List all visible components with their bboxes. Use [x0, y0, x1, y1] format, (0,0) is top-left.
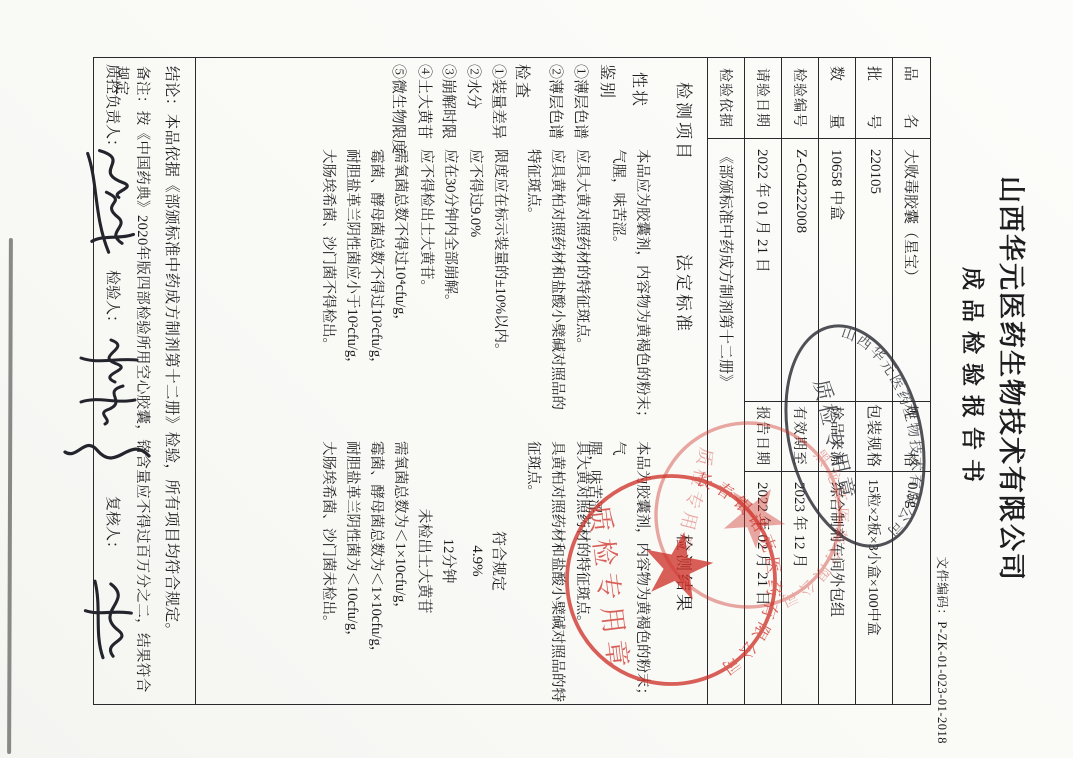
scanned-report-canvas: 山西华元医药生物技术有限公司 成品检验报告书 文件编码：P-ZK-01-023-… [0, 0, 1073, 758]
field-value-basis: 《部颁标准中药成方制剂第十二册》 [708, 138, 745, 715]
conclusion-divider [195, 58, 196, 704]
test-item-weight-variation: ①装量差异 [489, 64, 510, 139]
test-standard-tlc-2: 应具黄柏对照药材和盐酸小檗碱对照品的 特征斑点。 [521, 149, 569, 439]
column-header-standard: 法定标准 [673, 149, 698, 439]
signature-inspector [75, 330, 143, 430]
test-result-rhaponticin: 未检出土大黄苷 [415, 441, 436, 681]
test-standard-tlc-1: 应具大黄对照药材的特征斑点。 [570, 149, 594, 439]
signature-qc-manager [75, 140, 145, 265]
field-label-request-date: 请验日期 [745, 58, 782, 138]
conclusion-text: 结论：本品依据《部颁标准中药成方制剂第十二册》检验，所有项目均符合规定。 [162, 66, 184, 696]
test-item-disintegration: ③崩解时限 [439, 64, 460, 139]
field-value-pack-spec: 15粒×2板×3小盒×100中盒 [856, 471, 893, 712]
field-label-quantity: 数 量 [819, 58, 856, 138]
doc-code: 文件编码：P-ZK-01-023-01-2018 [934, 556, 952, 744]
test-standard-weight-variation: 限度应在标示装量的±10%以内。 [488, 149, 512, 439]
field-value-request-date: 2022 年 01 月 21 日 [745, 138, 782, 412]
test-standard-appearance: 本品应为胶囊剂，内容物为黄褐色的粉末； 气腥，味苦涩。 [606, 149, 654, 439]
field-label-batch: 批 号 [856, 58, 893, 138]
field-value-expiry: 2023 年 12 月 [782, 471, 819, 715]
test-item-appearance: 性状 [629, 72, 652, 108]
field-label-basis: 检验依据 [708, 58, 745, 138]
test-result-tlc-2: 具黄柏对照药材和盐酸小檗碱对照品的特 征斑点。 [521, 441, 569, 707]
scan-edge-artifact [7, 238, 13, 754]
signature-inspector-paraph [60, 428, 155, 480]
sign-label-reviewer: 复核人： [103, 496, 124, 556]
field-label-expiry: 有效期至 [782, 401, 819, 471]
report-title: 成品检验报告书 [958, 0, 991, 758]
test-standard-moisture: 应不得过9.0% [463, 149, 487, 439]
company-title: 山西华元医药生物技术有限公司 [994, 0, 1033, 758]
test-item-moisture: ②水分 [464, 64, 485, 109]
test-standard-disintegration: 应在30分钟内全部崩解。 [438, 149, 462, 439]
column-header-result: 检测结果 [673, 441, 698, 707]
field-value-sample-source: 综合制剂车间外包组 [819, 471, 856, 715]
test-category-identification: 鉴别 [597, 64, 620, 100]
field-value-product-name: 大败毒胶囊（星宝） [893, 138, 930, 412]
field-label-spec: 规 格 [893, 401, 930, 471]
field-label-test-no: 检验编号 [782, 58, 819, 138]
field-value-test-no: Z-C04222008 [782, 138, 819, 412]
field-label-product-name: 品 名 [893, 58, 930, 138]
report-table: 品 名 大败毒胶囊（星宝） 规 格 0.5g 批 号 220105 包装规格 1… [93, 57, 931, 705]
report-sheet: 山西华元医药生物技术有限公司 成品检验报告书 文件编码：P-ZK-01-023-… [0, 0, 1073, 758]
test-result-weight-variation: 符合规定 [489, 441, 510, 681]
field-value-spec: 0.5g [893, 471, 930, 715]
test-standard-rhaponticin: 应不得检出土大黄苷。 [414, 149, 438, 439]
test-result-moisture: 4.9% [468, 441, 485, 681]
field-label-pack-spec: 包装规格 [856, 401, 893, 471]
field-value-batch: 220105 [856, 138, 893, 412]
field-value-quantity: 10658 中盒 [819, 138, 856, 412]
test-standard-microbial-limit: 需氧菌总数不得过10⁴cfu/g， 霉菌、酵母菌总数不得过10²cfu/g， 耐… [316, 149, 412, 439]
test-result-microbial-limit: 需氧菌总数为＜1×10cfu/g， 霉菌、酵母菌总数为＜1×10cfu/g， 耐… [316, 441, 412, 707]
test-item-tlc-2: ②薄层色谱 [546, 64, 567, 139]
field-label-sample-source: 检品来源 [819, 401, 856, 471]
test-result-tlc-1: 具大黄对照药材的特征斑点。 [570, 441, 594, 707]
test-result-disintegration: 12分钟 [439, 441, 460, 681]
field-label-report-date: 报告日期 [745, 401, 782, 471]
test-item-tlc-1: ①薄层色谱 [571, 64, 592, 139]
signature-reviewer [77, 572, 143, 667]
sign-label-inspector: 检验人： [103, 270, 124, 330]
test-category-examination: 检查 [512, 64, 535, 100]
test-item-microbial-limit: ⑤微生物限度 [389, 64, 410, 154]
field-value-report-date: 2022 年 02 月 21 日 [745, 471, 782, 715]
test-item-rhaponticin: ④土大黄苷 [415, 64, 436, 139]
